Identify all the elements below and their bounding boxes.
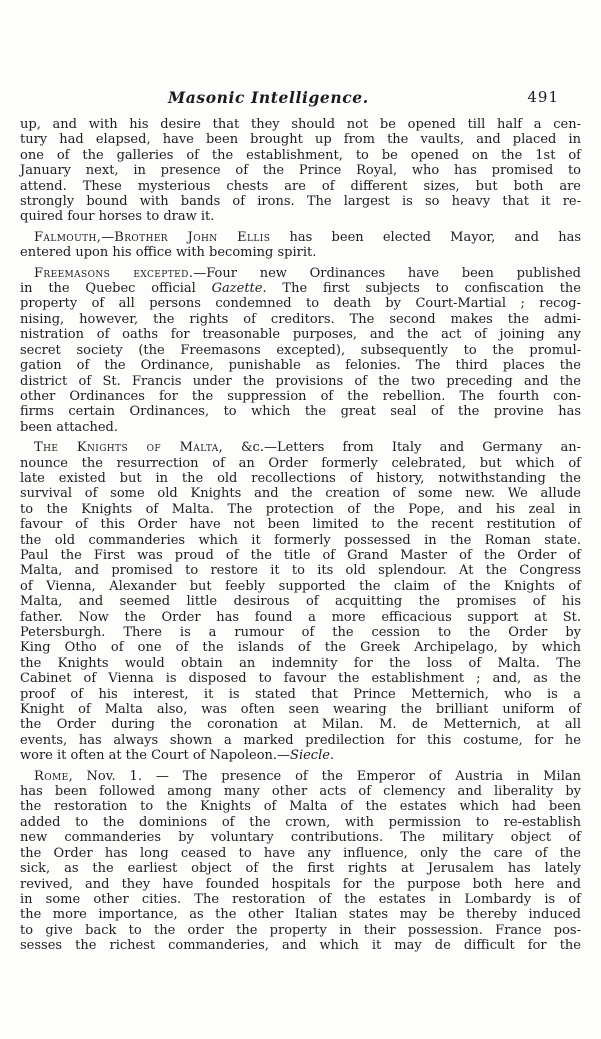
text-line: Rome, Nov. 1. — The presence of the Empe… (20, 769, 581, 784)
text-line: in some other cities. The restoration of… (20, 892, 581, 907)
text-segment: late existed but in the old recollection… (20, 471, 581, 486)
page-number: 491 (527, 88, 559, 106)
text-segment: sesses the richest commanderies, and whi… (20, 938, 581, 953)
text-segment: of Vienna, Alexander but feebly supporte… (20, 579, 581, 594)
paragraph: The Knights of Malta, &c.—Letters from I… (20, 440, 581, 764)
text-line: tury had elapsed, have been brought up f… (20, 132, 581, 147)
paragraph: Rome, Nov. 1. — The presence of the Empe… (20, 769, 581, 954)
text-line: been attached. (20, 420, 581, 435)
text-line: sick, as the earliest object of the firs… (20, 861, 581, 876)
text-segment: Paul the First was proud of the title of… (20, 548, 581, 563)
text-line: events, has always shown a marked predil… (20, 733, 581, 748)
text-line: Falmouth,—Brother John Ellis has been el… (20, 230, 581, 245)
text-segment: revived, and they have founded hospitals… (20, 877, 581, 892)
text-line: father. Now the Order has found a more e… (20, 610, 581, 625)
text-line: in the Quebec official Gazette. The firs… (20, 281, 581, 296)
text-segment: up, and with his desire that they should… (20, 117, 581, 132)
text-segment: gation of the Ordinance, punishable as f… (20, 358, 581, 373)
paragraph: up, and with his desire that they should… (20, 117, 581, 225)
text-segment: one of the galleries of the establishmen… (20, 148, 581, 163)
text-line: to the Knights of Malta. The protection … (20, 502, 581, 517)
text-line: of Vienna, Alexander but feebly supporte… (20, 579, 581, 594)
text-line: Paul the First was proud of the title of… (20, 548, 581, 563)
text-line: new commanderies by voluntary contributi… (20, 830, 581, 845)
text-line: attend. These mysterious chests are of d… (20, 179, 581, 194)
text-segment: the Knights would obtain an indemnity fo… (20, 656, 581, 671)
text-line: The Knights of Malta, &c.—Letters from I… (20, 440, 581, 455)
text-segment: in the Quebec official (20, 281, 212, 296)
text-segment: district of St. Francis under the provis… (20, 374, 581, 389)
text-line: the Order has long ceased to have any in… (20, 846, 581, 861)
text-line: January next, in presence of the Prince … (20, 163, 581, 178)
text-segment: King Otho of one of the islands of the G… (20, 640, 581, 655)
text-segment: nounce the resurrection of an Order form… (20, 456, 581, 471)
text-line: nising, however, the rights of creditors… (20, 312, 581, 327)
text-line: nounce the resurrection of an Order form… (20, 456, 581, 471)
text-segment: nising, however, the rights of creditors… (20, 312, 581, 327)
text-segment: The Knights of Malta (34, 440, 219, 455)
text-segment: to the Knights of Malta. The protection … (20, 502, 581, 517)
text-line: Malta, and seemed little desirous of acq… (20, 594, 581, 609)
text-segment: Siecle. (290, 748, 334, 763)
text-segment: property of all persons condemned to dea… (20, 296, 581, 311)
text-segment: entered upon his office with becoming sp… (20, 245, 316, 260)
text-segment: the Order during the coronation at Milan… (20, 717, 581, 732)
text-segment: the restoration to the Knights of Malta … (20, 799, 581, 814)
text-segment: survival of some old Knights and the cre… (20, 486, 581, 501)
text-segment: secret society (the Freemasons excepted)… (20, 343, 581, 358)
text-segment: events, has always shown a marked predil… (20, 733, 581, 748)
paragraph: Freemasons excepted.—Four new Ordinances… (20, 266, 581, 435)
text-line: one of the galleries of the establishmen… (20, 148, 581, 163)
text-line: firms certain Ordinances, to which the g… (20, 404, 581, 419)
text-line: revived, and they have founded hospitals… (20, 877, 581, 892)
text-segment: Freemasons excepted. (34, 266, 193, 281)
text-segment: sick, as the earliest object of the firs… (20, 861, 581, 876)
text-line: wore it often at the Court of Napoleon.—… (20, 748, 581, 763)
text-line: Cabinet of Vienna is disposed to favour … (20, 671, 581, 686)
text-line: favour of this Order have not been limit… (20, 517, 581, 532)
text-segment: , Nov. 1. — The presence of the Emperor … (69, 769, 581, 784)
text-segment: The first subjects to confiscation the (267, 281, 581, 296)
text-line: gation of the Ordinance, punishable as f… (20, 358, 581, 373)
text-segment: Knight of Malta also, was often seen wea… (20, 702, 581, 717)
text-segment: Gazette. (212, 281, 267, 296)
text-line: survival of some old Knights and the cre… (20, 486, 581, 501)
text-segment: , &c.—Letters from Italy and Germany an- (219, 440, 581, 455)
text-segment: Malta, and promised to restore it to its… (20, 563, 581, 578)
text-segment: Petersburgh. There is a rumour of the ce… (20, 625, 581, 640)
text-segment: firms certain Ordinances, to which the g… (20, 404, 581, 419)
running-title: Masonic Intelligence. (168, 88, 369, 107)
text-line: Freemasons excepted.—Four new Ordinances… (20, 266, 581, 281)
text-line: the Knights would obtain an indemnity fo… (20, 656, 581, 671)
text-segment: favour of this Order have not been limit… (20, 517, 581, 532)
text-segment: strongly bound with bands of irons. The … (20, 194, 581, 209)
text-segment: been attached. (20, 420, 118, 435)
text-segment: — (101, 230, 114, 245)
text-line: other Ordinances for the suppression of … (20, 389, 581, 404)
text-segment: nistration of oaths for treasonable purp… (20, 327, 581, 342)
text-line: nistration of oaths for treasonable purp… (20, 327, 581, 342)
text-segment: attend. These mysterious chests are of d… (20, 179, 581, 194)
page-body: up, and with his desire that they should… (20, 117, 581, 954)
text-segment: —Four new Ordinances have been published (193, 266, 581, 281)
text-line: up, and with his desire that they should… (20, 117, 581, 132)
text-line: sesses the richest commanderies, and whi… (20, 938, 581, 953)
text-line: proof of his interest, it is stated that… (20, 687, 581, 702)
text-line: King Otho of one of the islands of the G… (20, 640, 581, 655)
text-segment: Malta, and seemed little desirous of acq… (20, 594, 581, 609)
text-line: the old commanderies which it formerly p… (20, 533, 581, 548)
text-line: late existed but in the old recollection… (20, 471, 581, 486)
text-segment: the Order has long ceased to have any in… (20, 846, 581, 861)
text-segment: wore it often at the Court of Napoleon.— (20, 748, 290, 763)
text-line: entered upon his office with becoming sp… (20, 245, 581, 260)
text-segment: new commanderies by voluntary contributi… (20, 830, 581, 845)
text-segment: the more importance, as the other Italia… (20, 907, 581, 922)
text-segment: other Ordinances for the suppression of … (20, 389, 581, 404)
text-line: quired four horses to draw it. (20, 209, 581, 224)
text-segment: quired four horses to draw it. (20, 209, 214, 224)
text-segment: Brother John Ellis (114, 230, 270, 245)
text-line: secret society (the Freemasons excepted)… (20, 343, 581, 358)
text-line: to give back to the order the property i… (20, 923, 581, 938)
page-header: Masonic Intelligence. 491 (0, 88, 601, 110)
scanned-document-page: Masonic Intelligence. 491 up, and with h… (0, 0, 601, 1039)
text-line: district of St. Francis under the provis… (20, 374, 581, 389)
text-line: Knight of Malta also, was often seen wea… (20, 702, 581, 717)
text-line: the Order during the coronation at Milan… (20, 717, 581, 732)
text-segment: father. Now the Order has found a more e… (20, 610, 581, 625)
paragraph: Falmouth,—Brother John Ellis has been el… (20, 230, 581, 261)
text-line: property of all persons condemned to dea… (20, 296, 581, 311)
text-segment: tury had elapsed, have been brought up f… (20, 132, 581, 147)
text-segment: Cabinet of Vienna is disposed to favour … (20, 671, 581, 686)
text-segment: January next, in presence of the Prince … (20, 163, 581, 178)
text-line: Petersburgh. There is a rumour of the ce… (20, 625, 581, 640)
text-line: the restoration to the Knights of Malta … (20, 799, 581, 814)
text-line: has been followed among many other acts … (20, 784, 581, 799)
text-segment: Rome (34, 769, 69, 784)
text-segment: has been followed among many other acts … (20, 784, 581, 799)
text-line: Malta, and promised to restore it to its… (20, 563, 581, 578)
text-segment: to give back to the order the property i… (20, 923, 581, 938)
text-segment: Falmouth, (34, 230, 101, 245)
text-segment: in some other cities. The restoration of… (20, 892, 581, 907)
text-line: strongly bound with bands of irons. The … (20, 194, 581, 209)
text-segment: proof of his interest, it is stated that… (20, 687, 581, 702)
text-segment: added to the dominions of the crown, wit… (20, 815, 581, 830)
text-segment: has been elected Mayor, and has (270, 230, 581, 245)
text-line: the more importance, as the other Italia… (20, 907, 581, 922)
text-line: added to the dominions of the crown, wit… (20, 815, 581, 830)
text-segment: the old commanderies which it formerly p… (20, 533, 581, 548)
